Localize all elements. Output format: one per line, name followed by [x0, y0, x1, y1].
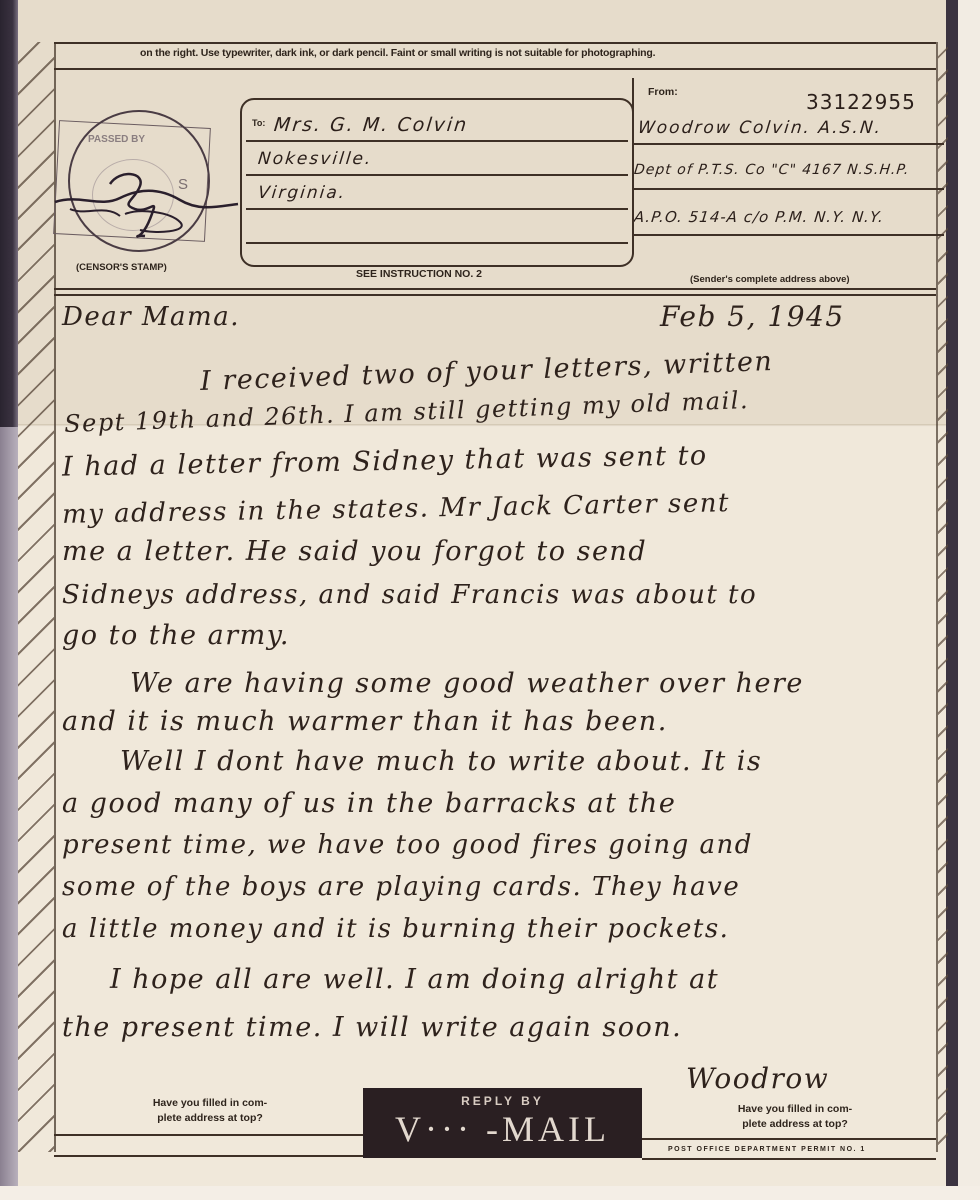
- letter-line: Well I dont have much to write about. It…: [120, 746, 762, 777]
- censor-signature-icon: [50, 164, 240, 244]
- recipient-city: Nokesville.: [257, 149, 373, 169]
- letter-line: go to the army.: [62, 620, 290, 651]
- recipient-name: Mrs. G. M. Colvin: [273, 114, 470, 136]
- censor-passed-by: PASSED BY: [88, 134, 145, 145]
- sender-apo: A.P.O. 514-A c/o P.M. N.Y. N.Y.: [633, 208, 885, 226]
- footer-reminder-right-line2: plete address at top?: [700, 1117, 890, 1132]
- footer-reminder-left: Have you filled in com- plete address at…: [120, 1096, 300, 1126]
- letter-line: the present time. I will write again soo…: [62, 1012, 682, 1043]
- from-line-3-rule: [632, 234, 944, 236]
- footer-rule-right-upper: [642, 1138, 936, 1140]
- letter-line: some of the boys are playing cards. They…: [62, 872, 740, 902]
- form-instruction: on the right. Use typewriter, dark ink, …: [140, 47, 860, 59]
- letter-line: and it is much warmer than it has been.: [62, 706, 668, 737]
- letter-line: present time, we have too good fires goi…: [62, 830, 753, 860]
- from-line-1-rule: [632, 143, 944, 145]
- letter-line: We are having some good weather over her…: [130, 668, 804, 699]
- address-line-3-rule: [246, 208, 628, 210]
- from-label: From:: [648, 86, 678, 98]
- bottom-margin: [0, 1186, 980, 1200]
- sender-name: Woodrow Colvin. A.S.N.: [637, 118, 883, 138]
- footer-reminder-left-line2: plete address at top?: [120, 1111, 300, 1126]
- footer-rule-right-lower: [642, 1158, 936, 1160]
- sender-unit: Dept of P.T.S. Co "C" 4167 N.S.H.P.: [633, 162, 910, 178]
- right-hatched-border: [936, 42, 948, 1152]
- header-rule: [54, 68, 936, 70]
- salutation: Dear Mama.: [62, 302, 240, 332]
- from-line-2-rule: [632, 188, 944, 190]
- see-instruction: SEE INSTRUCTION NO. 2: [356, 268, 482, 280]
- address-line-2-rule: [246, 174, 628, 176]
- to-label: To:: [252, 118, 265, 128]
- footer-rule-left-upper: [54, 1134, 364, 1136]
- footer-reminder-right-line1: Have you filled in com-: [700, 1102, 890, 1117]
- footer-rule-left-lower: [54, 1155, 364, 1157]
- letter-line: a good many of us in the barracks at the: [62, 788, 676, 819]
- vmail-letter-sheet: on the right. Use typewriter, dark ink, …: [0, 0, 980, 1200]
- left-edge-lower: [0, 427, 18, 1187]
- letter-line: I hope all are well. I am doing alright …: [110, 964, 719, 995]
- body-top-rule-2: [54, 294, 936, 296]
- address-line-1-rule: [246, 140, 628, 142]
- post-office-permit: POST OFFICE DEPARTMENT PERMIT NO. 1: [668, 1146, 866, 1153]
- recipient-state: Virginia.: [257, 183, 347, 203]
- address-line-4-rule: [246, 242, 628, 244]
- from-left-border: [632, 78, 634, 236]
- signature: Woodrow: [686, 1062, 829, 1095]
- letter-line: a little money and it is burning their p…: [62, 914, 729, 944]
- sender-address-note: (Sender's complete address above): [690, 274, 850, 285]
- letter-date: Feb 5, 1945: [660, 300, 845, 333]
- sender-serial-number: 33122955: [806, 90, 916, 114]
- recipient-address-box: To: Mrs. G. M. Colvin Nokesville. Virgin…: [240, 98, 634, 267]
- footer-reminder-left-line1: Have you filled in com-: [120, 1096, 300, 1111]
- reply-by-label: REPLY BY: [363, 1094, 642, 1108]
- body-top-rule: [54, 288, 936, 290]
- footer-reminder-right: Have you filled in com- plete address at…: [700, 1102, 890, 1132]
- vmail-logo: V··· -MAIL: [363, 1108, 642, 1150]
- right-margin: [958, 0, 980, 1200]
- censor-stamp: PASSED BY S (CENSOR'S STAMP): [62, 104, 212, 259]
- letter-line: Sidneys address, and said Francis was ab…: [62, 580, 757, 610]
- reply-by-vmail-banner: REPLY BY V··· -MAIL: [363, 1088, 642, 1158]
- censor-stamp-label: (CENSOR'S STAMP): [76, 262, 167, 273]
- top-border: [54, 42, 936, 44]
- letter-line: me a letter. He said you forgot to send: [62, 536, 647, 567]
